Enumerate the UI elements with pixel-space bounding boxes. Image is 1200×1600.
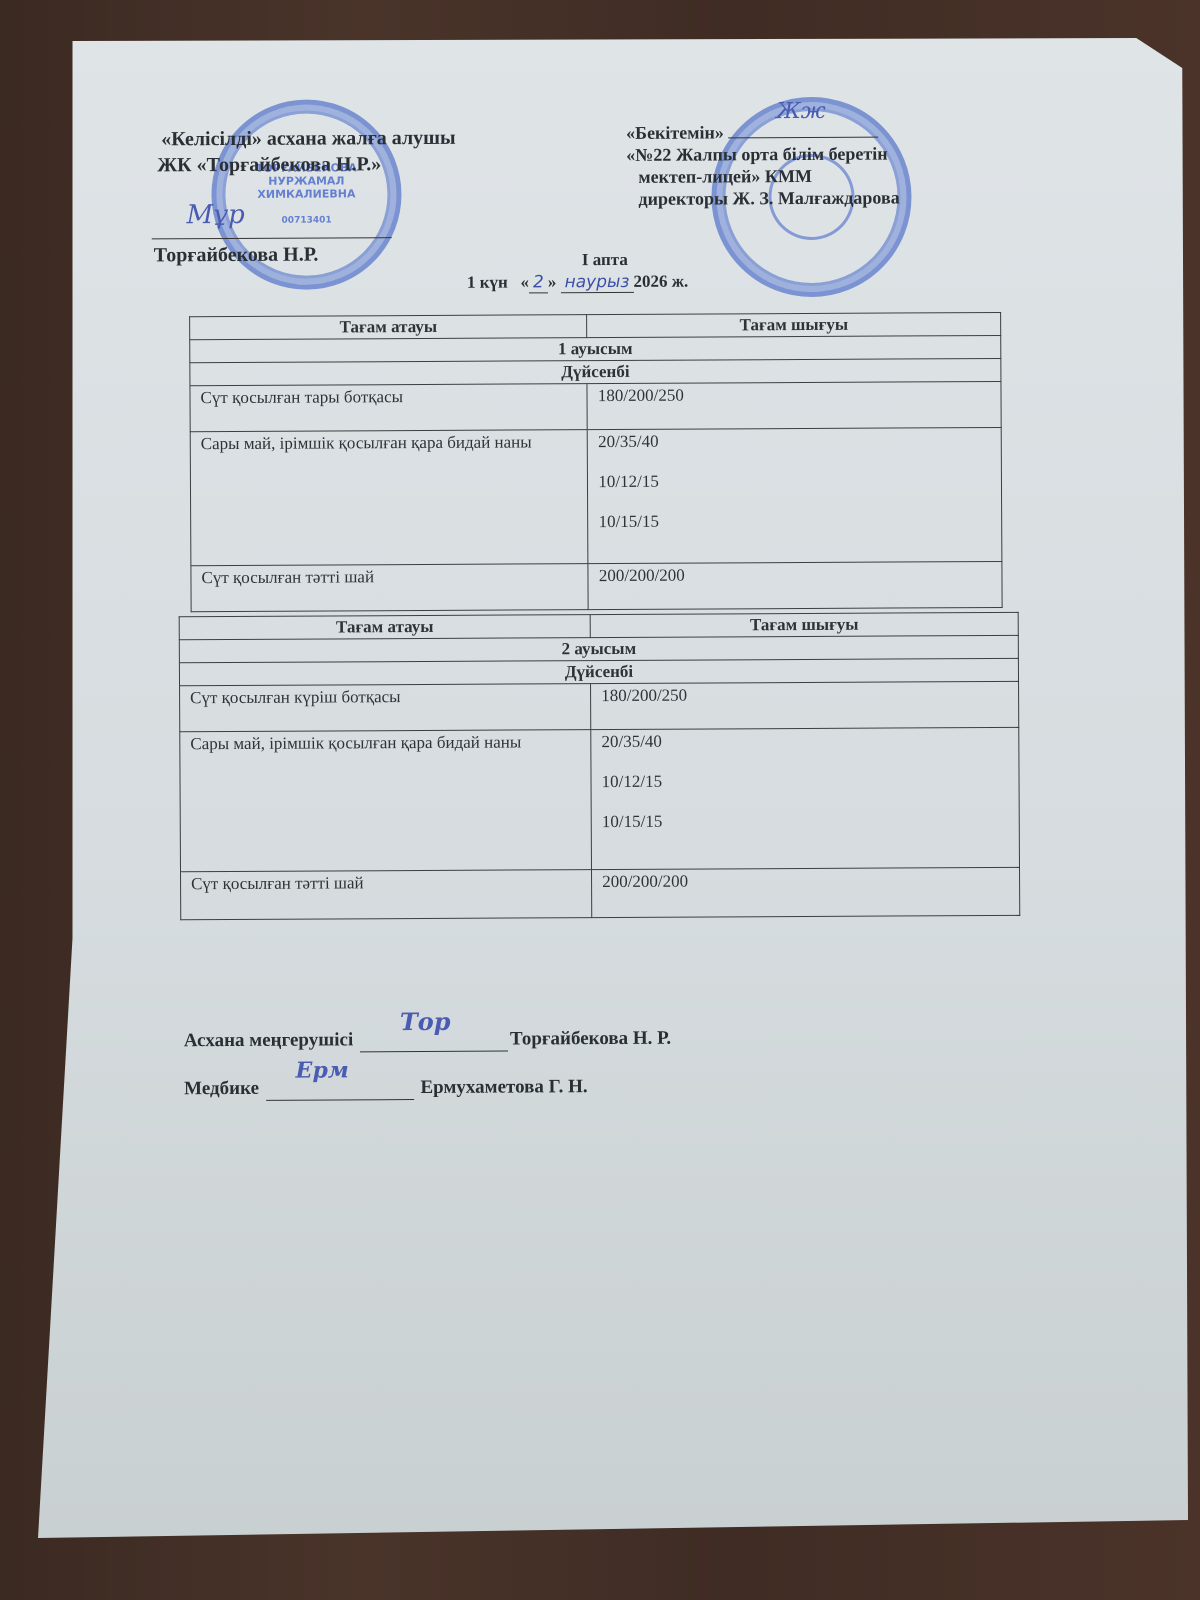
approved-block: «Бекітемін» «№22 Жалпы орта білім береті…: [626, 120, 900, 209]
week-label: I апта: [582, 250, 628, 270]
paper-sheet: ТОРҒАЙБЕКОВА НУРЖАМАЛ ХИМКАЛИЕВНА 007134…: [38, 38, 1188, 1538]
agreed-block: «Келісілді» асхана жалға алушы ЖК «Торға…: [161, 125, 456, 179]
footer-head: Асхана меңгерушісі Тор Торғайбекова Н. Р…: [184, 1028, 671, 1054]
agreed-label: «Келісілді» асхана жалға алушы: [161, 125, 456, 153]
portion-value: 180/200/250: [587, 381, 1001, 429]
quote: «: [520, 272, 529, 291]
dish-name: Сүт қосылған тәтті шай: [181, 870, 592, 920]
col-header-dish: Тағам атауы: [179, 615, 590, 640]
agreed-signer: Торғайбекова Н.Р.: [154, 244, 319, 268]
portion-value: 20/35/40: [598, 430, 991, 452]
nurse-label: Медбике: [184, 1078, 259, 1099]
agreed-org: ЖК «Торғайбекова Н.Р.»: [157, 151, 456, 179]
approved-label: «Бекітемін»: [626, 121, 724, 144]
table-row: Сары май, ірімшік қосылған қара бидай на…: [180, 727, 1020, 871]
signature-head: Тор: [400, 1007, 451, 1036]
table-row: Сүт қосылған тәтті шай 200/200/200: [181, 867, 1020, 919]
portion-values: 20/35/40 10/12/15 10/15/15: [588, 427, 1002, 563]
portion-value: 200/200/200: [592, 867, 1020, 917]
date-line: 1 күн «2» наурыз2026 ж.: [467, 272, 688, 293]
menu-table-shift-2: Тағам атауы Тағам шығуы 2 ауысым Дүйсенб…: [179, 612, 1021, 920]
approve-signature-line: [728, 137, 878, 139]
table-row: Сүт қосылған күріш ботқасы 180/200/250: [180, 681, 1019, 731]
portion-value: 10/12/15: [602, 770, 1009, 792]
portion-value: 10/15/15: [599, 510, 992, 532]
dish-name: Сүт қосылған күріш ботқасы: [180, 684, 591, 732]
dish-name: Сары май, ірімшік қосылған қара бидай на…: [180, 730, 592, 872]
dish-name: Сүт қосылған тары ботқасы: [190, 384, 588, 432]
approved-line: «№22 Жалпы орта білім беретін: [626, 142, 899, 165]
signature-approved: Жж: [776, 99, 826, 124]
approved-line: мектеп-лицей» КММ: [626, 164, 899, 187]
col-header-dish: Тағам атауы: [190, 315, 587, 340]
quote: »: [548, 272, 557, 291]
signature-line: Ерм: [266, 1077, 414, 1101]
menu-table-shift-1: Тағам атауы Тағам шығуы 1 ауысым Дүйсенб…: [189, 312, 1003, 612]
day-label: 1 күн: [467, 273, 508, 292]
approved-director: директоры Ж. З. Малғаждарова: [626, 186, 899, 209]
portion-value: 200/200/200: [588, 561, 1002, 609]
dish-name: Сары май, ірімшік қосылған қара бидай на…: [190, 430, 588, 566]
portion-values: 20/35/40 10/12/15 10/15/15: [591, 727, 1020, 869]
table-row: Сүт қосылған тары ботқасы 180/200/250: [190, 381, 1001, 431]
head-label: Асхана меңгерушісі: [184, 1029, 353, 1051]
signature-agreed: Мұр: [186, 200, 244, 230]
table-row: Сары май, ірімшік қосылған қара бидай на…: [190, 427, 1002, 565]
portion-value: 10/15/15: [602, 810, 1009, 832]
nurse-name: Ермухаметова Г. Н.: [420, 1076, 587, 1098]
signature-line: Тор: [360, 1029, 508, 1053]
table-row: Сүт қосылған тәтті шай 200/200/200: [191, 561, 1002, 611]
day-value: 2: [529, 272, 548, 293]
dish-name: Сүт қосылған тәтті шай: [191, 564, 589, 612]
portion-value: 180/200/250: [591, 681, 1019, 729]
head-name: Торғайбекова Н. Р.: [510, 1028, 671, 1050]
portion-value: 10/12/15: [598, 470, 991, 492]
year: 2026 ж.: [633, 272, 688, 291]
col-header-portion: Тағам шығуы: [590, 612, 1018, 637]
footer-nurse: Медбике Ерм Ермухаметова Г. Н.: [184, 1076, 588, 1101]
month-value: наурыз: [561, 272, 634, 293]
portion-value: 20/35/40: [601, 730, 1008, 752]
col-header-portion: Тағам шығуы: [587, 312, 1001, 337]
signature-nurse: Ерм: [296, 1057, 349, 1083]
stamp-line: ХИМКАЛИЕВНА: [257, 187, 355, 201]
stamp-number: 00713401: [282, 214, 332, 227]
